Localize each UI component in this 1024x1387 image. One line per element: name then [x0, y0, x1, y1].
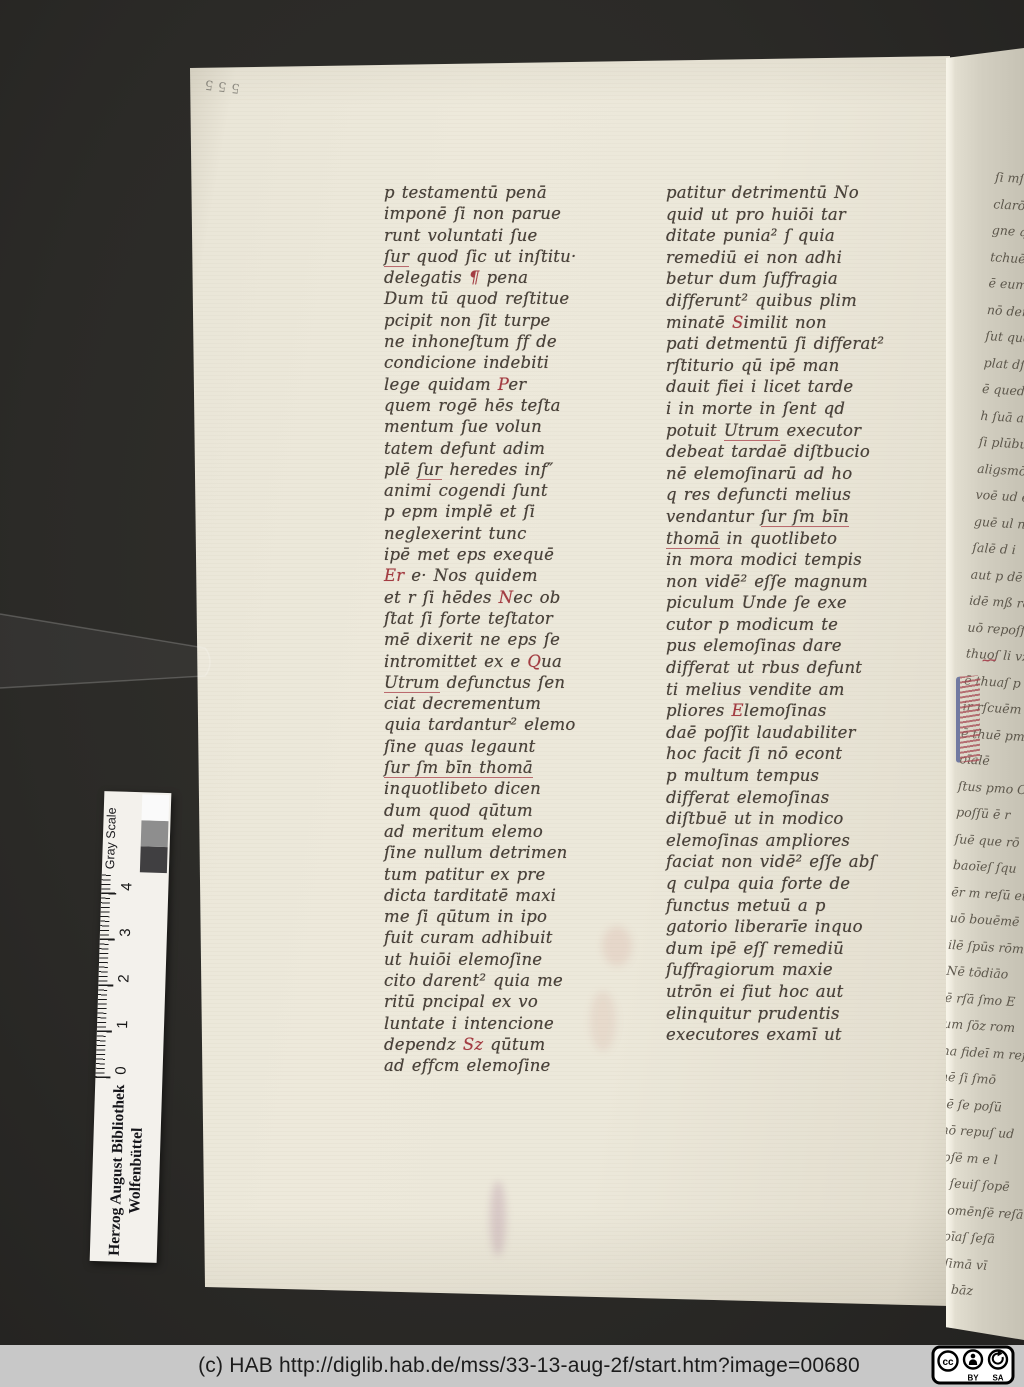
manuscript-line: dum ipē eſſ remediū: [666, 938, 932, 960]
manuscript-line: differat elemoſinas: [666, 787, 932, 809]
manuscript-line: betur dum ſuffragia: [666, 268, 932, 290]
manuscript-line: debeat tardaē diſtbucio: [666, 441, 932, 463]
manuscript-line: me ſi qūtum in ipo: [384, 906, 626, 927]
ruler-number: 0: [113, 1066, 130, 1075]
manuscript-line: ſtat ſi forte teſtator: [384, 608, 626, 629]
manuscript-line: minatē Similit non: [666, 312, 932, 334]
manuscript-line: ne inhoneſtum ff de: [384, 331, 626, 352]
manuscript-line: executores examī ut: [666, 1024, 932, 1046]
manuscript-line: gatorio liberarīe inquo: [666, 916, 932, 938]
manuscript-line: ditate punia² ſ quia: [666, 225, 932, 247]
scale-strip: Herzog August Bibliothek Wolfenbüttel 01…: [90, 791, 172, 1263]
manuscript-line: quem rogē hēs teſta: [384, 395, 626, 416]
manuscript-line: hoc facit ſi nō econt: [666, 743, 932, 765]
manuscript-line: ſur quod ſic ut inſtitu·: [384, 246, 626, 267]
text-column-left: p testamentū penāimponē ſi non paruerunt…: [384, 182, 626, 1076]
manuscript-line: plē ſur heredes inf″: [384, 459, 626, 480]
text-column-right: patitur detrimentū Noquid ut pro huiōi t…: [666, 182, 932, 1046]
manuscript-line: nē elemoſinarū ad ho: [666, 463, 932, 485]
caption-bar: (c) HAB http://diglib.hab.de/mss/33-13-a…: [0, 1345, 1024, 1387]
manuscript-line: elemoſinas ampliores: [666, 830, 932, 852]
patch-white: [141, 794, 169, 821]
manuscript-line: thomā in quotlibeto: [666, 528, 932, 550]
manuscript-line: quia tardantur² elemo: [384, 714, 626, 735]
manuscript-line: delegatis ¶ pena: [384, 267, 626, 288]
ink-smudge: [490, 1181, 506, 1256]
manuscript-line: cito darent² quia me: [384, 970, 626, 991]
manuscript-line: ti melius vendite am: [666, 679, 932, 701]
manuscript-line: dicta tarditatē maxi: [384, 885, 626, 906]
manuscript-line: ſuffragiorum maxie: [666, 959, 932, 981]
manuscript-line: pati detmentū ſi differat²: [666, 333, 932, 355]
manuscript-line: dependz Sz qūtum: [384, 1034, 626, 1055]
manuscript-line: luntate i intencione: [384, 1013, 626, 1034]
manuscript-line: i in morte in ſent qd: [666, 398, 932, 420]
manuscript-line: tum patitur ex pre: [384, 864, 626, 885]
manuscript-line: patitur detrimentū No: [666, 182, 932, 204]
manuscript-line: in mora modici tempis: [666, 549, 932, 571]
manuscript-line: runt voluntati ſue: [384, 225, 626, 246]
manuscript-line: mē dixerit ne eps ſe: [384, 629, 626, 650]
ruler-number: 3: [117, 928, 134, 937]
manuscript-line: p multum tempus: [666, 765, 932, 787]
manuscript-line: Utrum defunctus ſen: [384, 672, 626, 693]
manuscript-line: cutor p modicum te: [666, 614, 932, 636]
cc-icon: cc: [939, 1352, 958, 1371]
manuscript-line: p epm implē et ſi: [384, 501, 626, 522]
cc-license-badge: cc BY SA: [931, 1344, 1015, 1386]
gray-scale-patches: [140, 794, 169, 873]
manuscript-line: mentum ſue volun: [384, 416, 626, 437]
sa-arrow-icon: [989, 1350, 1007, 1368]
manuscript-line: pus elemoſinas dare: [666, 635, 932, 657]
manuscript-line: utrōn ei fiut hoc aut: [666, 981, 932, 1003]
manuscript-line: piculum Unde ſe exe: [666, 592, 932, 614]
manuscript-line: pcipit non ſit turpe: [384, 310, 626, 331]
manuscript-line: ſur ſm bīn thomā: [384, 757, 626, 778]
manuscript-line: ad meritum elemo: [384, 821, 626, 842]
manuscript-line: elinquitur prudentis: [666, 1003, 932, 1025]
manuscript-line: animi cogendi ſunt: [384, 480, 626, 501]
manuscript-line: intromittet ex e Qua: [384, 651, 626, 672]
manuscript-line: um bāz: [946, 1275, 1018, 1307]
sa-label: SA: [992, 1374, 1003, 1383]
page-holder-clip: [0, 596, 238, 692]
manuscript-line: p testamentū penā: [384, 182, 626, 203]
manuscript-line: fuit curam adhibuit: [384, 927, 626, 948]
decorated-initial: [956, 675, 980, 763]
patch-dark: [140, 846, 168, 873]
manuscript-line: faciat non vidē² eſſe abſ: [666, 851, 932, 873]
manuscript-line: ipē met eps exequē: [384, 544, 626, 565]
manuscript-line: mō repuſ ud: [946, 1117, 1024, 1149]
manuscript-line: non vidē² eſſe magnum: [666, 571, 932, 593]
manuscript-line: rſtiturio qū ipē man: [666, 355, 932, 377]
manuscript-line: differat ut rbus defunt: [666, 657, 932, 679]
caption-text: (c) HAB http://diglib.hab.de/mss/33-13-a…: [164, 1354, 860, 1378]
ruler-ticks-major: [95, 872, 116, 1078]
svg-text:cc: cc: [942, 1357, 954, 1368]
manuscript-line: tatem defunt adim: [384, 438, 626, 459]
manuscript-line: diſtbuē ut in modico: [666, 808, 932, 830]
library-label: Herzog August Bibliothek Wolfenbüttel: [90, 1078, 163, 1263]
adjacent-page-edge: ſi mſidaīeclarōi i mēgne que nōtchuē lib…: [946, 48, 1024, 1340]
by-label: BY: [967, 1374, 979, 1383]
manuscript-line: ritū pncipal ex vo: [384, 991, 626, 1012]
manuscript-page: 555 p testamentū penāimponē ſi non parue…: [190, 56, 950, 1308]
manuscript-line: daē poſſit laudabiliter: [666, 722, 932, 744]
manuscript-line: lege quidam Per: [384, 374, 626, 395]
ruler-number: 1: [114, 1020, 131, 1029]
patch-mid: [141, 820, 169, 847]
manuscript-line: dum quod qūtum: [384, 800, 626, 821]
manuscript-line: inquotlibeto dicen: [384, 778, 626, 799]
manuscript-line: neglexerint tunc: [384, 523, 626, 544]
manuscript-line: quid ut pro huiōi tar: [666, 204, 932, 226]
manuscript-line: condicione indebiti: [384, 352, 626, 373]
ruler-number: 4: [118, 882, 135, 891]
manuscript-line: potuit Utrum executor: [666, 420, 932, 442]
manuscript-line: pliores Elemoſinas: [666, 700, 932, 722]
manuscript-line: differunt² quibus plim: [666, 290, 932, 312]
gray-scale-label: Gray Scale: [103, 807, 119, 869]
manuscript-line: Er e· Nos quidem: [384, 565, 626, 586]
red-squiggle: ~~: [981, 652, 994, 669]
manuscript-line: ſine nullum detrimen: [384, 842, 626, 863]
manuscript-line: vendantur ſur ſm bīn: [666, 506, 932, 528]
gray-scale-block: Gray Scale: [102, 791, 172, 874]
foliation-mark: 555: [199, 76, 240, 96]
ruler-number: 2: [115, 974, 132, 983]
manuscript-line: hēſimā vī: [946, 1249, 1019, 1281]
manuscript-line: ut huiōi elemoſine: [384, 949, 626, 970]
manuscript-line: functus metuū a p: [666, 895, 932, 917]
manuscript-line: imponē ſi non parue: [384, 203, 626, 224]
scale-strip-content: Herzog August Bibliothek Wolfenbüttel 01…: [90, 791, 172, 1263]
manuscript-line: remediū ei non adhi: [666, 247, 932, 269]
manuscript-line: et r ſi hēdes Nec ob: [384, 587, 626, 608]
manuscript-line: ad effcm elemoſine: [384, 1055, 626, 1076]
manuscript-line: Dum tū quod reſtitue: [384, 288, 626, 309]
manuscript-line: q res defuncti melius: [666, 484, 932, 506]
by-person-icon: [964, 1351, 982, 1369]
manuscript-line: ſine quas legaunt: [384, 736, 626, 757]
manuscript-line: q culpa quia forte de: [666, 873, 932, 895]
manuscript-line: ciat decrementum: [384, 693, 626, 714]
manuscript-line: dauit fiei i licet tarde: [666, 376, 932, 398]
ruler: 01234: [95, 872, 168, 1080]
digitized-manuscript-photo: 555 p testamentū penāimponē ſi non parue…: [0, 0, 1024, 1387]
manuscript-line: ſē ſeuiſ ſopē: [946, 1169, 1024, 1201]
